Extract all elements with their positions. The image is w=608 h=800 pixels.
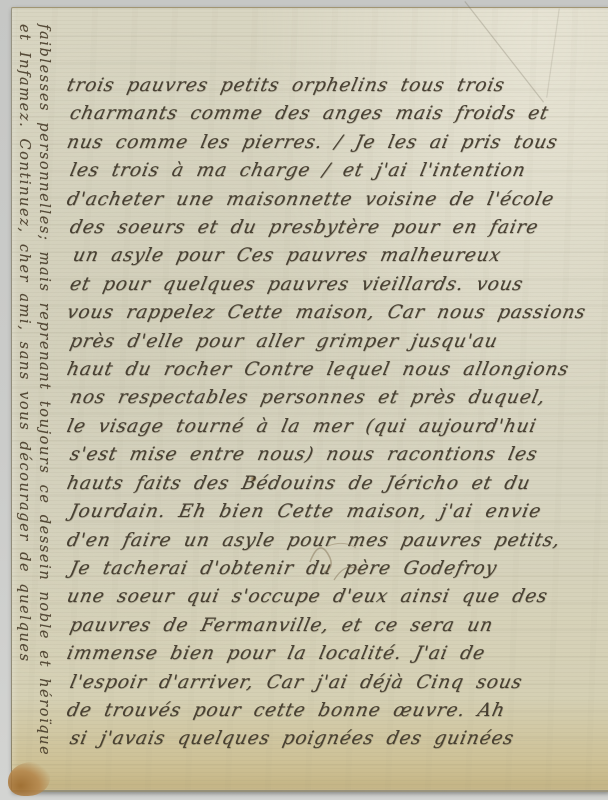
- margin-note: et Infamez. Continuez, cher ami, sans vo…: [14, 24, 54, 794]
- handwriting-line: des soeurs et du presbytère pour en fair…: [64, 214, 608, 242]
- handwriting-line: si j'avais quelques poignées des guinées: [64, 725, 608, 753]
- handwriting-line: une soeur qui s'occupe d'eux ainsi que d…: [64, 583, 608, 611]
- handwriting-line: d'en faire un asyle pour mes pauvres pet…: [64, 527, 608, 555]
- handwriting-line: un asyle pour Ces pauvres malheureux: [64, 242, 608, 270]
- photograph-background: et Infamez. Continuez, cher ami, sans vo…: [0, 0, 608, 800]
- handwriting-line: nus comme les pierres. / Je les ai pris …: [64, 129, 608, 157]
- handwriting-line: Je tacherai d'obtenir du père Godefroy: [64, 555, 608, 583]
- handwriting-line: de trouvés pour cette bonne œuvre. Ah: [64, 697, 608, 725]
- handwriting-line: haut du rocher Contre lequel nous allong…: [64, 356, 608, 384]
- handwriting-line: pauvres de Fermanville, et ce sera un: [64, 612, 608, 640]
- handwriting-line: l'espoir d'arriver, Car j'ai déjà Cinq s…: [64, 669, 608, 697]
- handwriting-line: d'acheter une maisonnette voisine de l'é…: [64, 186, 608, 214]
- handwriting-line: et pour quelques pauvres vieillards. vou…: [64, 271, 608, 299]
- handwriting-line: près d'elle pour aller grimper jusqu'au: [64, 328, 608, 356]
- handwriting-line: les trois à ma charge / et j'ai l'intent…: [64, 157, 608, 185]
- margin-note-line: faiblesses personnelles; mais reprenant …: [34, 24, 54, 794]
- handwriting-line: charmants comme des anges mais froids et: [64, 100, 608, 128]
- handwriting-line: nos respectables personnes et près duque…: [64, 384, 608, 412]
- handwriting-line: trois pauvres petits orphelins tous troi…: [64, 72, 608, 100]
- handwriting-line: le visage tourné à la mer (qui aujourd'h…: [64, 413, 608, 441]
- margin-note-line: et Infamez. Continuez, cher ami, sans vo…: [14, 24, 34, 794]
- handwriting-line: s'est mise entre nous) nous racontions l…: [64, 441, 608, 469]
- handwriting-line: hauts faits des Bédouins de Jéricho et d…: [64, 470, 608, 498]
- handwriting-line: immense bien pour la localité. J'ai de: [64, 640, 608, 668]
- letter-page: et Infamez. Continuez, cher ami, sans vo…: [11, 7, 608, 792]
- handwriting-line: vous rappelez Cette maison, Car nous pas…: [64, 299, 608, 327]
- handwriting-line: Jourdain. Eh bien Cette maison, j'ai env…: [64, 498, 608, 526]
- letter-body: trois pauvres petits orphelins tous troi…: [64, 72, 604, 754]
